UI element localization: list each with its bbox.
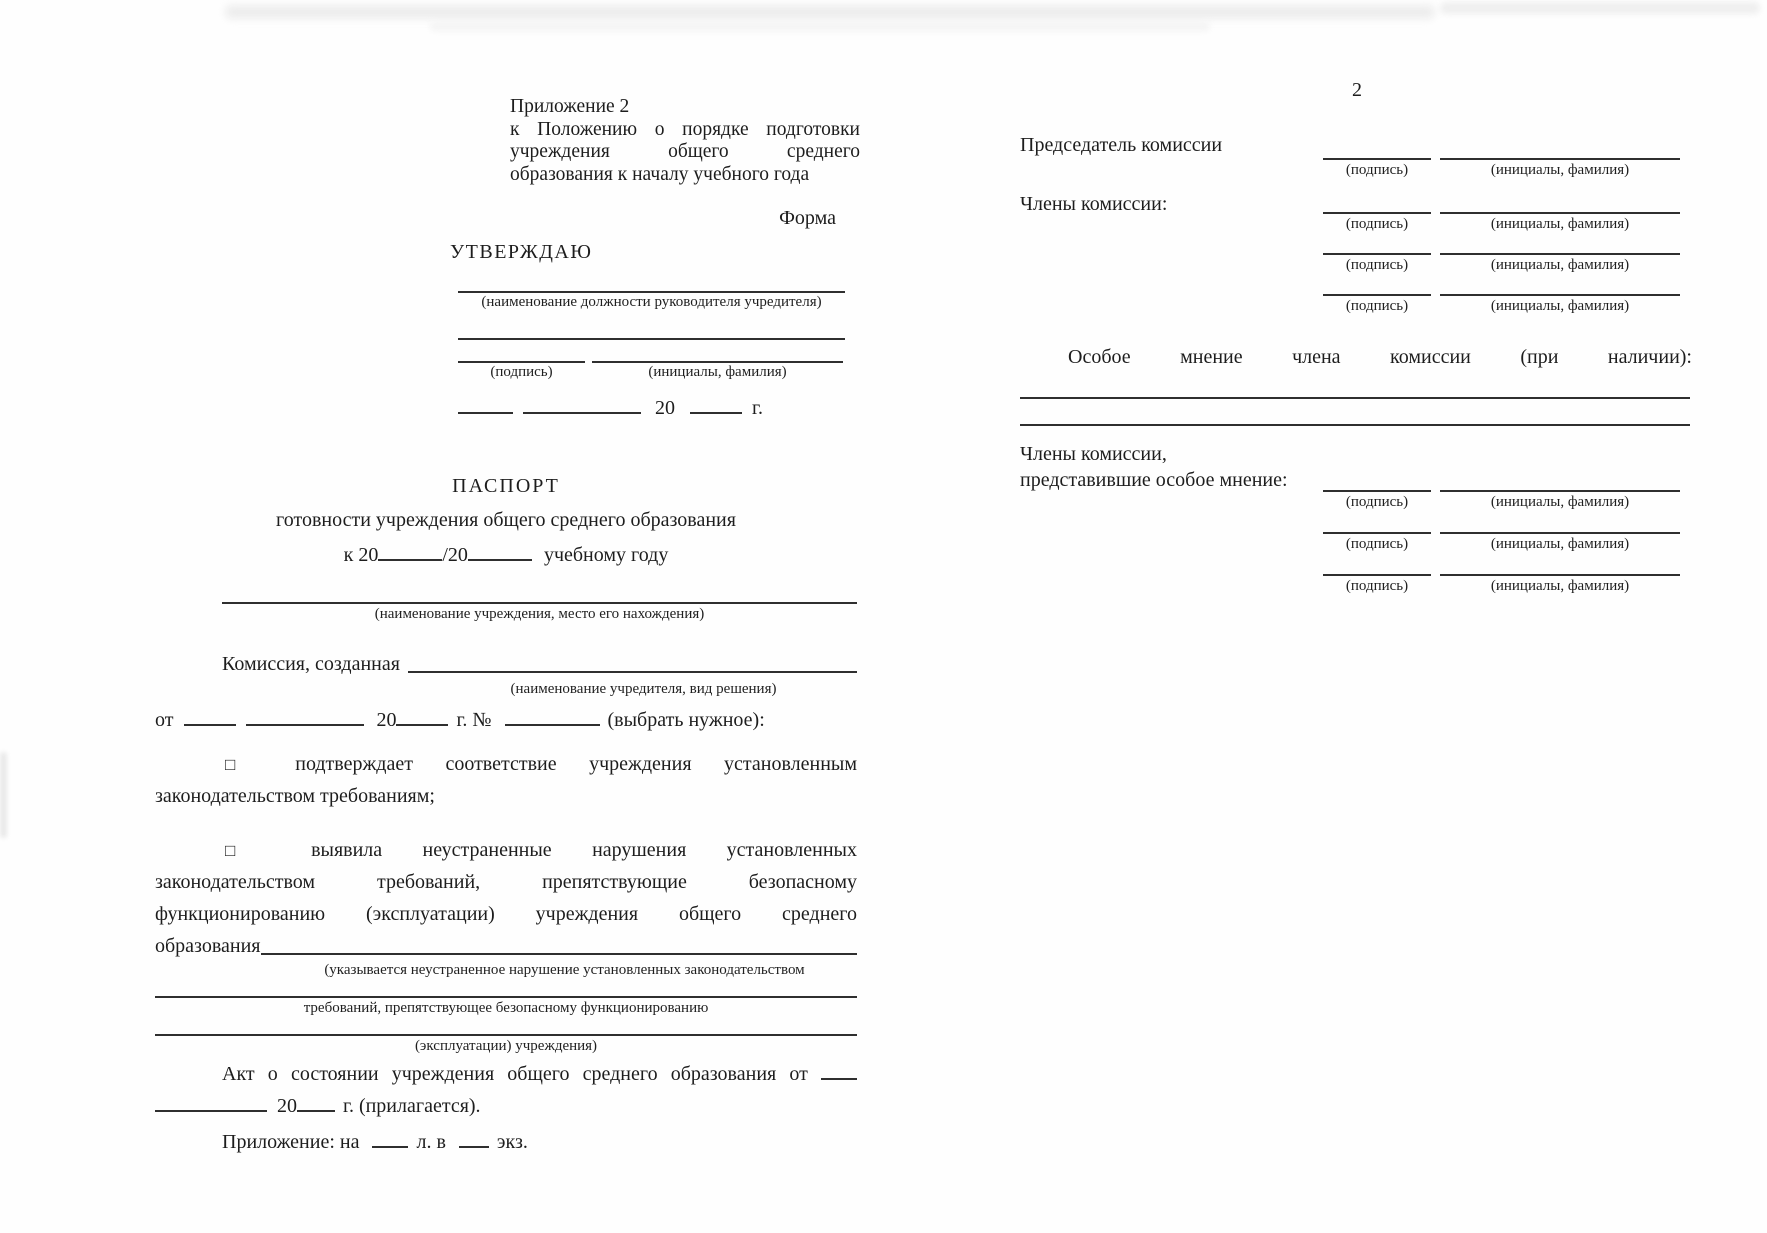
signature-caption: (подпись) [1323,216,1431,233]
members-label: Члены комиссии: [1020,192,1167,216]
blank-line [372,1144,408,1148]
scan-artifact [1440,2,1760,14]
blank-line [1440,490,1680,492]
approve-heading: УТВЕРЖДАЮ [450,240,592,264]
initials-caption: (инициалы, фамилия) [1440,578,1680,595]
signature-caption: (подпись) [1323,578,1431,595]
initials-caption: (инициалы, фамилия) [1440,257,1680,274]
option-1-text: подтверждает соответствие учреждения уст… [295,753,857,775]
blank-line [458,291,845,293]
signature-caption: (подпись) [1323,298,1431,315]
scan-artifact [430,22,1210,31]
passport-title: ПАСПОРТ [155,474,857,498]
passport-subtitle: готовности учреждения общего среднего об… [155,508,857,532]
option-2-text-end: образования [155,934,261,958]
blank-line [1323,294,1431,296]
from-number: г. № [456,709,491,731]
option-2-line-3: функционированию (эксплуатации) учрежден… [155,902,857,926]
scanned-form-sheet: Приложение 2 к Положению о порядке подго… [0,0,1767,1233]
special-members-line-1: Члены комиссии, [1020,442,1167,466]
blank-line [1323,158,1431,160]
attach-suffix: экз. [497,1131,528,1153]
option-1-line-2: законодательством требованиям; [155,784,435,808]
page-number: 2 [1352,78,1362,102]
chairman-label: Председатель комиссии [1020,133,1222,157]
commission-label: Комиссия, созданная [222,652,400,676]
blank-line [1440,253,1680,255]
violation-caption-2: требований, препятствующее безопасному ф… [155,1000,857,1017]
appendix-note: Приложение 2 к Положению о порядке подго… [510,96,860,186]
blank-line [396,722,448,726]
initials-caption: (инициалы, фамилия) [592,364,843,381]
blank-line [1323,212,1431,214]
blank-line [155,1108,267,1112]
blank-line [523,410,641,414]
year-suffix: г. [752,397,763,419]
blank-line [1323,532,1431,534]
from-year: 20 [376,709,396,731]
signature-caption: (подпись) [458,364,585,381]
scan-artifact [225,5,1435,19]
option-2-line-2: законодательством требований, препятству… [155,870,857,894]
initials-caption: (инициалы, фамилия) [1440,216,1680,233]
act-line-1: Акт о состоянии учреждения общего средне… [155,1062,857,1086]
form-label: Форма [720,206,836,230]
blank-line [1440,158,1680,160]
checkbox-icon: □ [225,755,263,774]
attach-prefix: Приложение: на [222,1131,359,1153]
blank-line [458,361,585,363]
initials-caption: (инициалы, фамилия) [1440,162,1680,179]
option-2-line-1: □ выявила неустраненные нарушения устано… [155,838,857,862]
blank-line [261,951,858,955]
blank-line [459,1144,489,1148]
attach-mid: л. в [416,1131,445,1153]
initials-caption: (инициалы, фамилия) [1440,536,1680,553]
commission-caption: (наименование учредителя, вид решения) [430,681,857,698]
act-text: Акт о состоянии учреждения общего средне… [222,1063,808,1085]
blank-line [1323,574,1431,576]
blank-line [408,669,857,673]
violation-caption-3: (эксплуатации) учреждения) [155,1038,857,1055]
option-2-text: выявила неустраненные нарушения установл… [311,839,857,861]
act-line-2: 20г. (прилагается). [155,1094,481,1118]
approve-date-row: 20 г. [458,396,763,420]
blank-line [155,996,857,998]
signature-caption: (подпись) [1323,162,1431,179]
signature-caption: (подпись) [1323,257,1431,274]
blank-line [1440,532,1680,534]
blank-line [458,338,845,340]
special-members-line-2: представившие особое мнение: [1020,468,1288,492]
year-prefix: 20 [655,397,675,419]
blank-line [1323,253,1431,255]
blank-line [1020,397,1690,399]
year-mid: /20 [442,544,468,566]
blank-line [378,557,442,561]
option-1-line-1: □ подтверждает соответствие учреждения у… [155,752,857,776]
blank-line [1440,574,1680,576]
blank-line [1323,490,1431,492]
year-suffix: учебному году [544,544,668,566]
blank-line [458,410,513,414]
violation-caption-1: (указывается неустраненное нарушение уст… [272,962,857,979]
approve-caption: (наименование должности руководителя учр… [458,294,845,311]
blank-line [246,722,364,726]
signature-caption: (подпись) [1323,536,1431,553]
scan-artifact [0,752,7,838]
year-prefix: к 20 [344,544,379,566]
checkbox-icon: □ [225,841,271,860]
blank-line [155,1034,857,1036]
blank-line [1440,212,1680,214]
school-year-row: к 20/20учебному году [155,543,857,567]
from-choose: (выбрать нужное): [608,709,765,731]
appendix-body: к Положению о порядке подготовки учрежде… [510,119,860,187]
blank-line [592,361,843,363]
signature-caption: (подпись) [1323,494,1431,511]
from-label: от [155,709,173,731]
blank-line [222,602,857,604]
act-year: 20 [277,1095,297,1117]
act-suffix: г. (прилагается). [343,1095,481,1117]
blank-line [505,722,600,726]
special-opinion-heading: Особое мнение члена комиссии (при наличи… [1020,345,1692,369]
initials-caption: (инициалы, фамилия) [1440,494,1680,511]
option-2-line-4: образования [155,934,857,958]
order-row: от 20г. № (выбрать нужное): [155,708,765,732]
blank-line [1440,294,1680,296]
blank-line [690,410,742,414]
blank-line [297,1108,335,1112]
blank-line [468,557,532,561]
initials-caption: (инициалы, фамилия) [1440,298,1680,315]
institution-caption: (наименование учреждения, место его нахо… [222,606,857,623]
appendix-label: Приложение 2 [510,96,860,119]
attachment-row: Приложение: на л. в экз. [222,1130,528,1154]
blank-line [184,722,236,726]
commission-row: Комиссия, созданная [222,652,857,676]
blank-line [821,1076,857,1080]
blank-line [1020,424,1690,426]
